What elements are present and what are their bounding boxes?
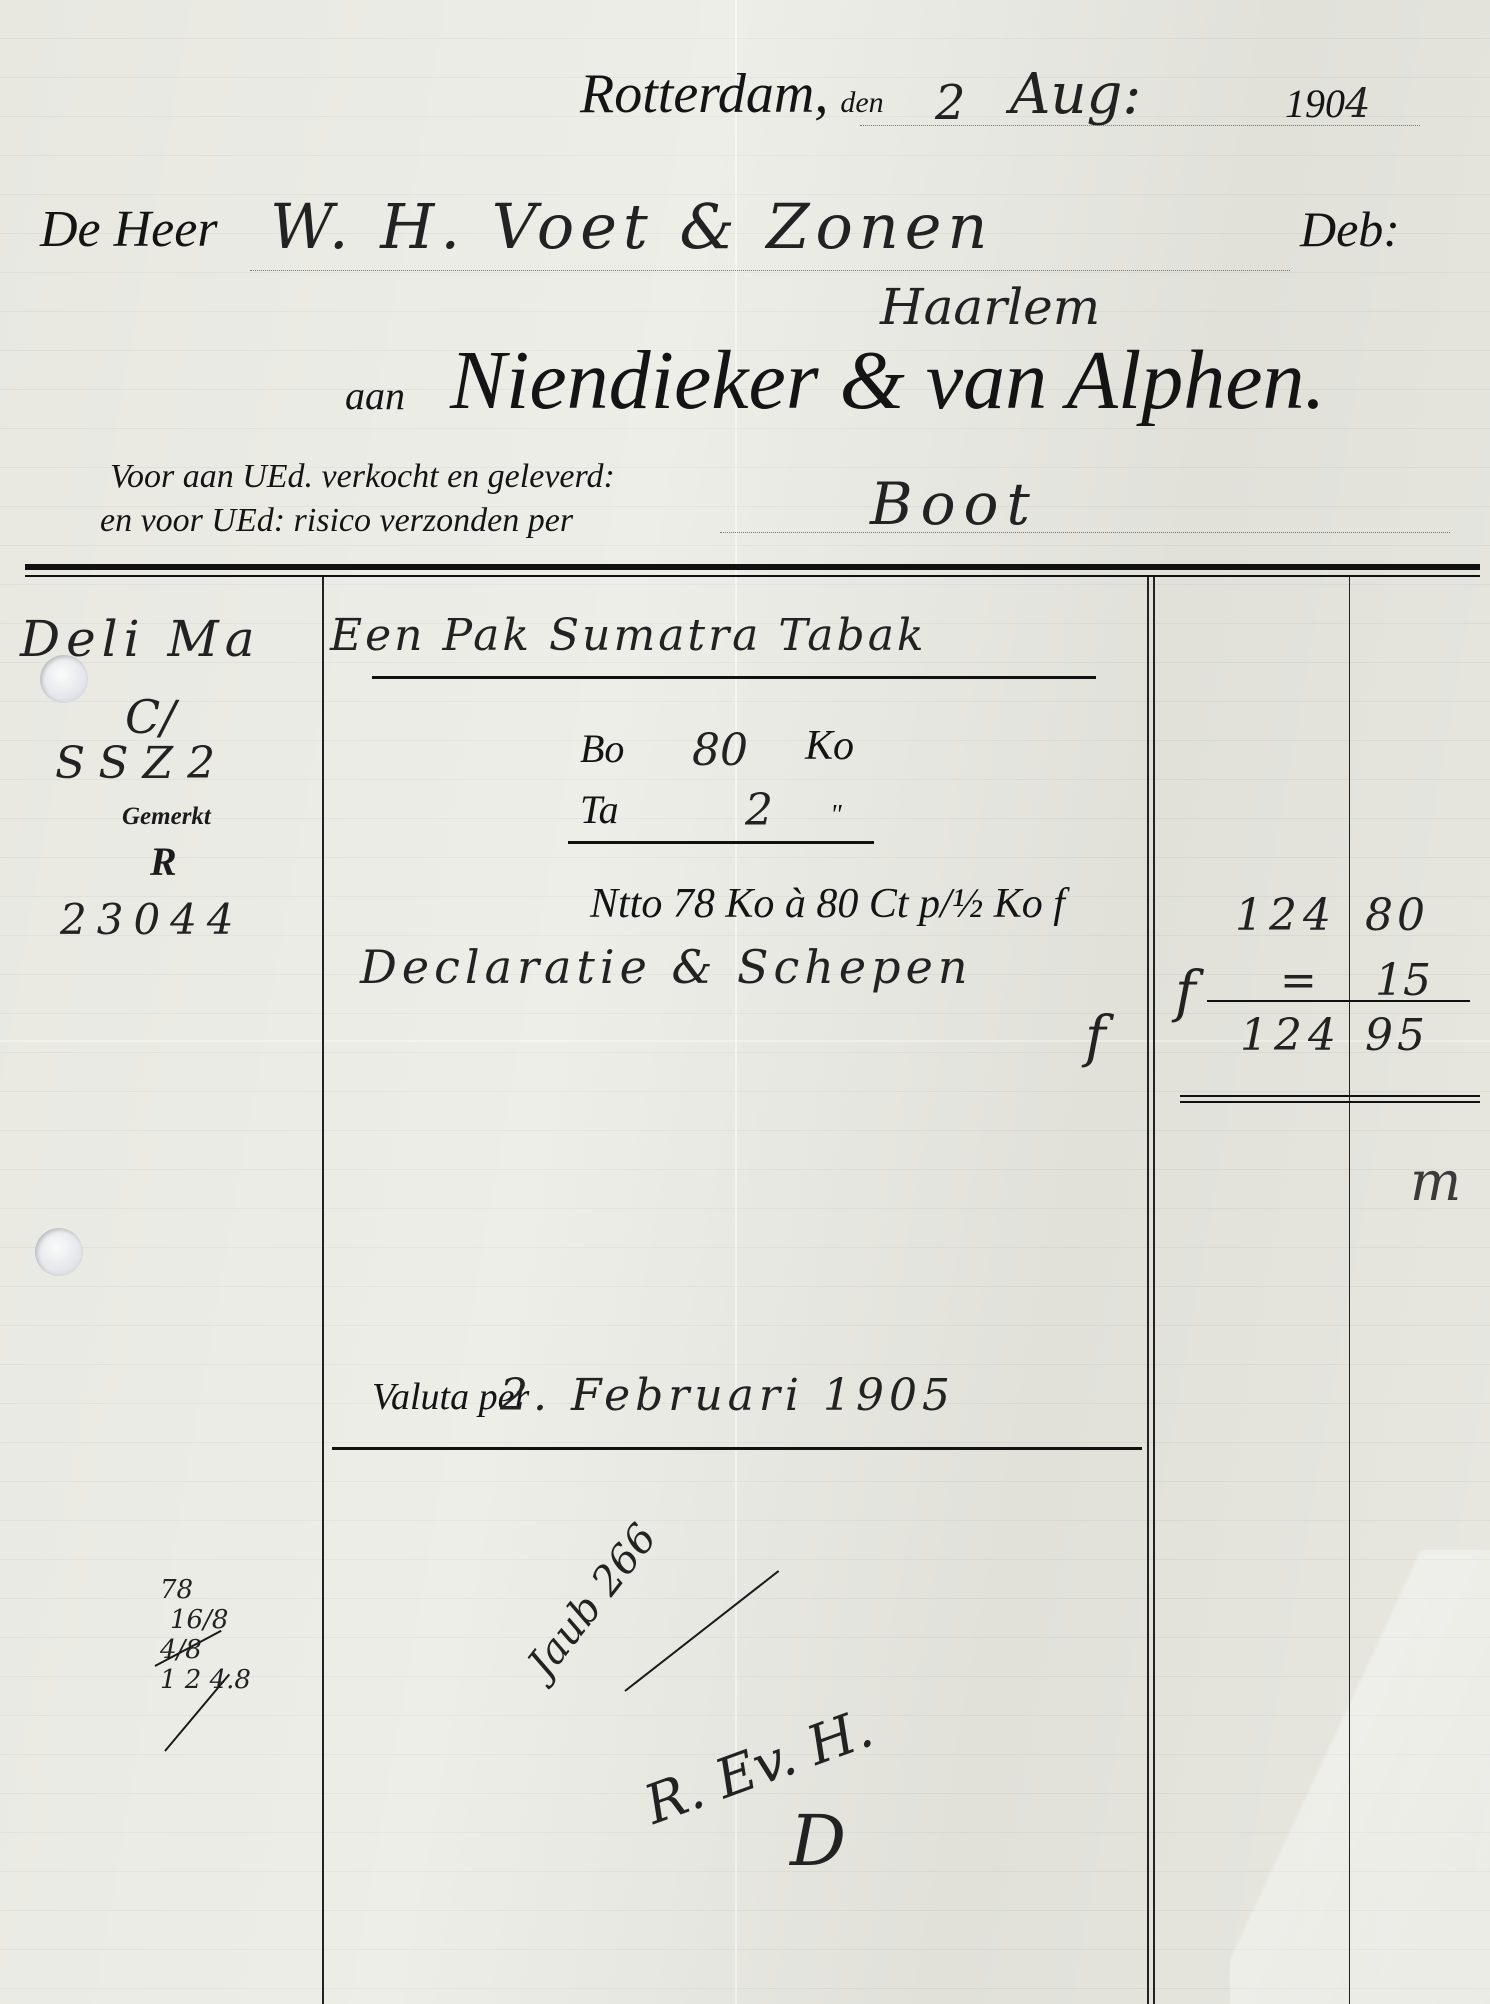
lot-code: SSZ2 xyxy=(55,738,229,789)
origin-mark: Deli Ma xyxy=(20,610,261,668)
bruto-unit: Ko xyxy=(805,722,854,770)
valuta-underline xyxy=(332,1447,1142,1450)
paper-fold-vertical xyxy=(735,0,737,2004)
item-description: Een Pak Sumatra Tabak xyxy=(330,610,927,661)
punch-hole-bottom xyxy=(35,1228,83,1276)
date-day: 2 xyxy=(935,75,966,131)
total-cents: 95 xyxy=(1365,1010,1429,1061)
table-top-thin-rule xyxy=(25,575,1480,577)
total-double-rule-2 xyxy=(1180,1101,1480,1103)
date-dotted-line xyxy=(860,125,1420,126)
gemerkt-label: Gemerkt xyxy=(122,803,211,831)
shipping-line-2: en voor UEd: risico verzonden per xyxy=(100,502,573,540)
place-name: Rotterdam, xyxy=(580,63,828,125)
description-underline xyxy=(372,676,1096,679)
recipient-name: W. H. Voet & Zonen xyxy=(270,190,993,263)
column-divider-amount-left-1 xyxy=(1147,577,1149,2004)
paper-corner-fold xyxy=(1230,1550,1490,2004)
netto-amount-guilders: 124 xyxy=(1235,890,1337,941)
tarra-unit: " xyxy=(830,800,842,832)
shipping-method: Boot xyxy=(870,470,1038,538)
tarra-underline xyxy=(568,841,874,844)
margin-mark: m xyxy=(1410,1150,1461,1213)
extra-charge-guilders: = xyxy=(1280,955,1317,1006)
total-guilders: 124 xyxy=(1240,1010,1342,1061)
lot-prefix: C/ xyxy=(125,690,176,744)
total-double-rule-1 xyxy=(1180,1095,1480,1097)
seller-prefix: aan xyxy=(345,372,405,419)
date-line: Rotterdam, den xyxy=(580,62,884,126)
netto-line: Ntto 78 Ko à 80 Ct p/½ Ko f xyxy=(590,880,1065,928)
shipping-dotted-line xyxy=(720,532,1450,533)
extra-charge-currency: f xyxy=(1175,960,1196,1025)
bruto-value: 80 xyxy=(692,725,748,776)
recipient-city: Haarlem xyxy=(880,278,1100,336)
salutation: De Heer xyxy=(40,200,218,259)
bruto-label: Bo xyxy=(580,725,624,772)
column-divider-cents xyxy=(1349,577,1350,2004)
subtotal-rule xyxy=(1207,1000,1470,1002)
tarra-label: Ta xyxy=(580,786,619,833)
total-currency: f xyxy=(1085,1005,1106,1070)
debit-label: Deb: xyxy=(1300,200,1400,258)
extra-charge-cents: 15 xyxy=(1375,955,1431,1006)
paraph-signature: D xyxy=(790,1800,846,1882)
table-top-thick-rule xyxy=(25,564,1480,570)
date-month: Aug: xyxy=(1010,62,1141,127)
netto-amount-cents: 80 xyxy=(1365,890,1429,941)
tarra-value: 2 xyxy=(745,785,773,836)
date-prefix: den xyxy=(840,86,883,119)
marks-number: 23044 xyxy=(60,895,244,944)
recipient-dotted-line xyxy=(250,270,1290,271)
valuta-date: 2. Februari 1905 xyxy=(500,1370,955,1421)
column-divider-amount-left-2 xyxy=(1153,577,1155,2004)
shipping-line-1: Voor aan UEd. verkocht en geleverd: xyxy=(110,458,615,496)
date-year: 1904 xyxy=(1285,80,1370,127)
seller-name: Niendieker & van Alphen. xyxy=(450,332,1326,429)
extra-charge-label: Declaratie & Schepen xyxy=(360,940,972,994)
gemerkt-mark: R xyxy=(150,838,177,885)
column-divider-marks xyxy=(322,577,324,2004)
